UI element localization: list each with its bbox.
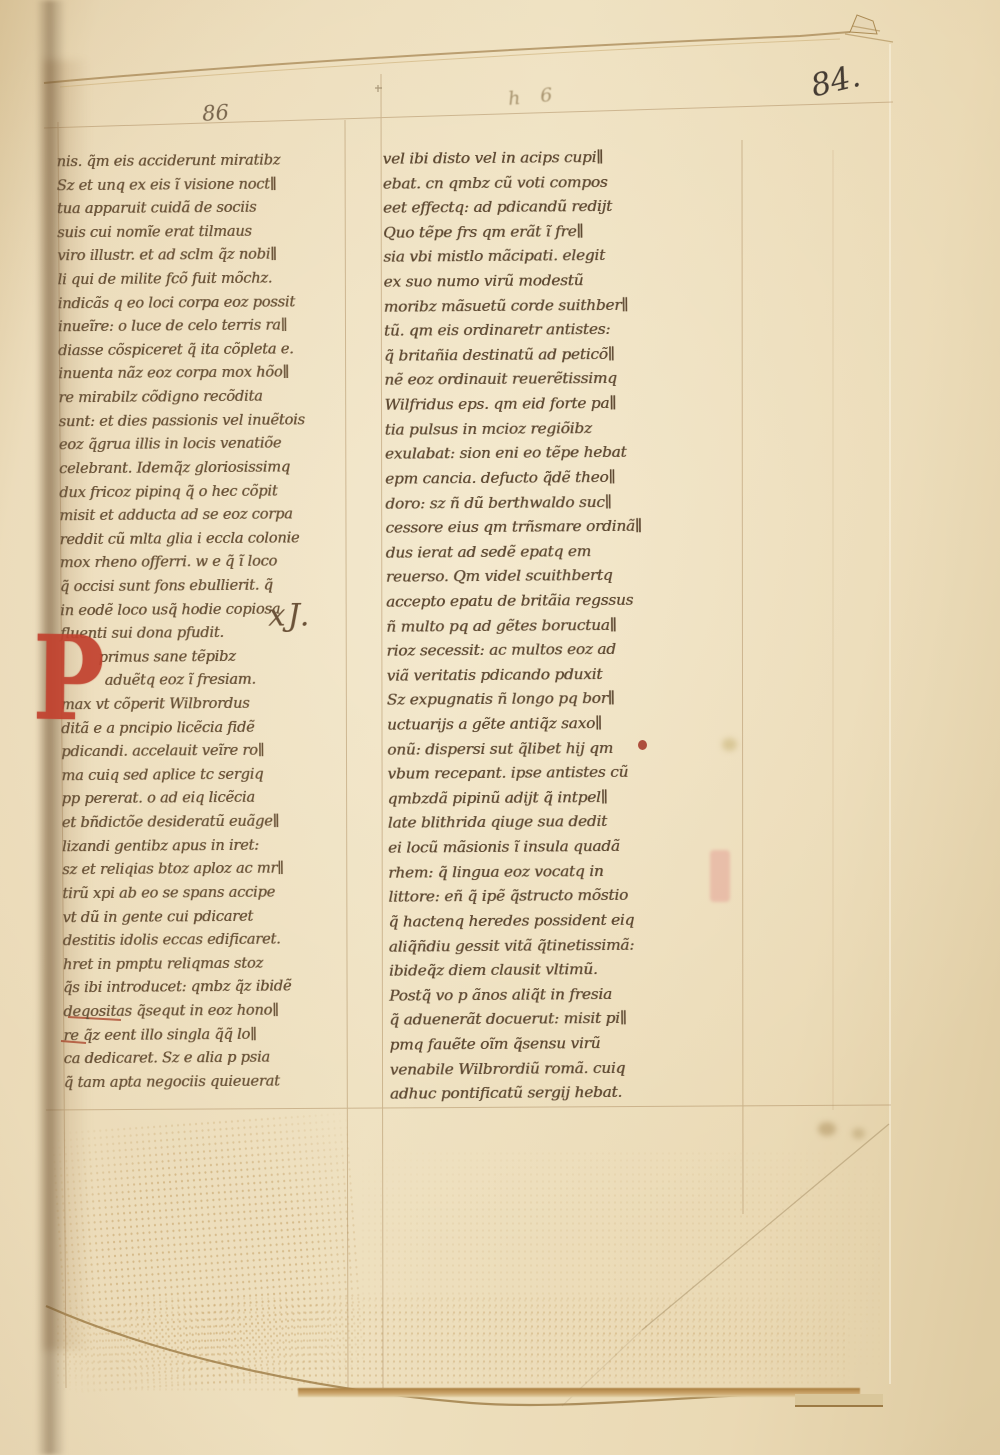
manuscript-text-line: cessore eius qm trñsmare ordinã∥ <box>385 513 741 540</box>
manuscript-text-line: pdicandi. accelauit veĩre ro∥ <box>61 738 353 764</box>
manuscript-text-line: sz et reliqias btoz aploz ac mr∥ <box>62 856 354 882</box>
manuscript-text-line: ma cuiq sed aplice tc sergiq <box>61 762 353 788</box>
manuscript-text-line: deqositas q̃sequt in eoz hono∥ <box>63 998 355 1024</box>
manuscript-text-line: misit et adducta ad se eoz corpa <box>59 502 351 528</box>
rubricated-initial-P: P <box>32 637 104 724</box>
manuscript-text-line: li qui de milite fcõ fuit mõchz. <box>57 266 349 292</box>
manuscript-text-line: littore: eñ q̃ ipẽ q̃structo mõstio <box>388 882 744 909</box>
manuscript-text-line: qmbzdã pipinũ adijt q̃ intpel∥ <box>387 784 743 811</box>
text-column-right: vel ibi disto vel in acips cupi∥ebat. cn… <box>382 144 746 1107</box>
manuscript-text-line: Sz et unq ex eis ĩ visione noct∥ <box>57 172 349 198</box>
manuscript-text-line: viro illustr. et ad sclm q̃z nobi∥ <box>57 242 349 268</box>
manuscript-text-line: vt dũ in gente cui pdicaret <box>62 903 354 929</box>
manuscript-text-line: q̃ tam apta negociis quieuerat <box>64 1069 356 1095</box>
manuscript-text-line: lizandi gentibz apus in iret: <box>62 833 354 859</box>
manuscript-text-line: et bñdictõe desideratũ euãge∥ <box>62 809 354 835</box>
manuscript-text-line: eoz q̃grua illis in locis venatiõe <box>59 431 351 457</box>
manuscript-text-line: dus ierat ad sedẽ epatq em <box>386 538 742 565</box>
manuscript-text-line: Quo tẽpe frs qm erãt ĩ fre∥ <box>383 218 739 245</box>
manuscript-text-line: aliq̃ñdiu gessit vitã q̃tinetissimã: <box>389 931 745 958</box>
manuscript-text-line: pmq fauẽte oĩm q̃sensu virũ <box>389 1030 745 1057</box>
manuscript-text-line: accepto epatu de britãia regssus <box>386 587 742 614</box>
manuscript-text-line: adhuc pontificatũ sergij hebat. <box>390 1079 746 1106</box>
manuscript-text-line: re mirabilz cõdigno recõdita <box>58 384 350 410</box>
manuscript-text-line: nis. q̃m eis acciderunt miratibz <box>56 148 348 174</box>
manuscript-text-line: inueĩre: o luce de celo terris ra∥ <box>58 313 350 339</box>
manuscript-text-line: destitis idolis eccas edificaret. <box>63 927 355 953</box>
manuscript-text-line: sia vbi mistlo mãcipati. elegit <box>383 242 739 269</box>
manuscript-text-line: q̃ britañia destinatũ ad peticõ∥ <box>384 341 740 368</box>
manuscript-text-line: moribz mãsuetũ corde suithber∥ <box>384 292 740 319</box>
manuscript-text-line: q̃s ibi introducet: qmbz q̃z ibidẽ <box>63 974 355 1000</box>
manuscript-text-line: re q̃z eent illo singla q̃q̃ lo∥ <box>63 1022 355 1048</box>
manuscript-text-line: sunt: et dies passionis vel inuẽtois <box>58 408 350 434</box>
manuscript-text-line: ca dedicaret. Sz e alia p psia <box>64 1045 356 1071</box>
manuscript-text-line: ebat. cn qmbz cũ voti compos <box>383 169 739 196</box>
manuscript-text-line: rhem: q̃ lingua eoz vocatq in <box>388 858 744 885</box>
manuscript-text-line: indicãs q eo loci corpa eoz possit <box>58 290 350 316</box>
manuscript-text-line: venabile Wilbrordiũ romã. cuiq <box>390 1054 746 1081</box>
manuscript-text-line: onũ: dispersi sut q̃libet hij qm <box>387 735 743 762</box>
manuscript-text-line: q̃ hactenq heredes possident eiq <box>388 907 744 934</box>
manuscript-text-line: viã veritatis pdicando pduxit <box>386 661 742 688</box>
manuscript-text-line: doro: sz ñ dũ berthwaldo suc∥ <box>385 488 741 515</box>
manuscript-text-line: dux fricoz pipinq q̃ o hec cõpit <box>59 479 351 505</box>
chapter-numeral: xJ. <box>268 597 312 633</box>
manuscript-text-line: q̃ aduenerãt docuerut: misit pi∥ <box>389 1005 745 1032</box>
manuscript-text-line: diasse cõspiceret q̃ ita cõpleta e. <box>58 337 350 363</box>
manuscript-text-line: reddit cũ mlta glia i eccla colonie <box>59 526 351 552</box>
manuscript-text-line: vbum recepant. ipse antistes cũ <box>387 759 743 786</box>
manuscript-text-line: ibideq̃z diem clausit vltimũ. <box>389 956 745 983</box>
written-content: 86 h 6 84. nis. q̃m eis acciderunt mirat… <box>0 0 1000 1455</box>
page-number: 84. <box>807 58 863 104</box>
manuscript-text-line: exulabat: sion eni eo tẽpe hebat <box>385 439 741 466</box>
manuscript-text-line: vel ibi disto vel in acips cupi∥ <box>382 144 738 171</box>
manuscript-text-line: eet effectq: ad pdicandũ redijt <box>383 193 739 220</box>
manuscript-text-line: ñ multo pq ad gẽtes boructua∥ <box>386 612 742 639</box>
manuscript-text-line: ditã e a pncipio licẽcia fidẽ <box>61 715 353 741</box>
manuscript-text-line: tũ. qm eis ordinaretr antistes: <box>384 316 740 343</box>
manuscript-text-line: Wilfridus eps. qm eid forte pa∥ <box>384 390 740 417</box>
manuscript-text-line: rioz secessit: ac multos eoz ad <box>386 636 742 663</box>
manuscript-text-line: nẽ eoz ordinauit reuerẽtissimq <box>384 365 740 392</box>
quire-signature: h 6 <box>507 83 560 110</box>
manuscript-text-line: Postq̃ vo p ãnos aliq̃t in fresia <box>389 981 745 1008</box>
manuscript-text-line: inuenta nãz eoz corpa mox hõo∥ <box>58 360 350 386</box>
manuscript-text-line: max vt cõperit Wilbrordus <box>61 691 353 717</box>
manuscript-text-line: tia pulsus in mcioz regiõibz <box>385 415 741 442</box>
manuscript-text-line: hret in pmptu reliqmas stoz <box>63 951 355 977</box>
manuscript-text-line: pp pererat. o ad eiq licẽcia <box>61 785 353 811</box>
manuscript-text-line: Sz expugnatis ñ longo pq bor∥ <box>387 685 743 712</box>
manuscript-text-line: mox rheno offerri. w e q̃ ĩ loco <box>60 549 352 575</box>
manuscript-text-line: reuerso. Qm videl scuithbertq <box>386 562 742 589</box>
manuscript-text-line: ei locũ mãsionis ĩ insula quadã <box>388 833 744 860</box>
manuscript-photo: ws nfmpafqd eiodsta bz a qys & a abin z … <box>0 0 1000 1455</box>
manuscript-text-line: tua apparuit cuidã de sociis <box>57 195 349 221</box>
manuscript-text-line: q̃ occisi sunt fons ebullierit. q̃ <box>60 573 352 599</box>
manuscript-text-line: late blithrida qiuge sua dedit <box>388 808 744 835</box>
manuscript-text-line: celebrant. Idemq̃z gloriosissimq <box>59 455 351 481</box>
manuscript-text-line: ex suo numo virũ modestũ <box>383 267 739 294</box>
manuscript-text-line: suis cui nomĩe erat tilmaus <box>57 219 349 245</box>
manuscript-text-line: tirũ xpi ab eo se spans accipe <box>62 880 354 906</box>
old-foliation-number: 86 <box>201 100 229 126</box>
manuscript-text-line: uctuarijs a gẽte antiq̃z saxo∥ <box>387 710 743 737</box>
manuscript-text-line: epm cancia. defucto q̃dẽ theo∥ <box>385 464 741 491</box>
